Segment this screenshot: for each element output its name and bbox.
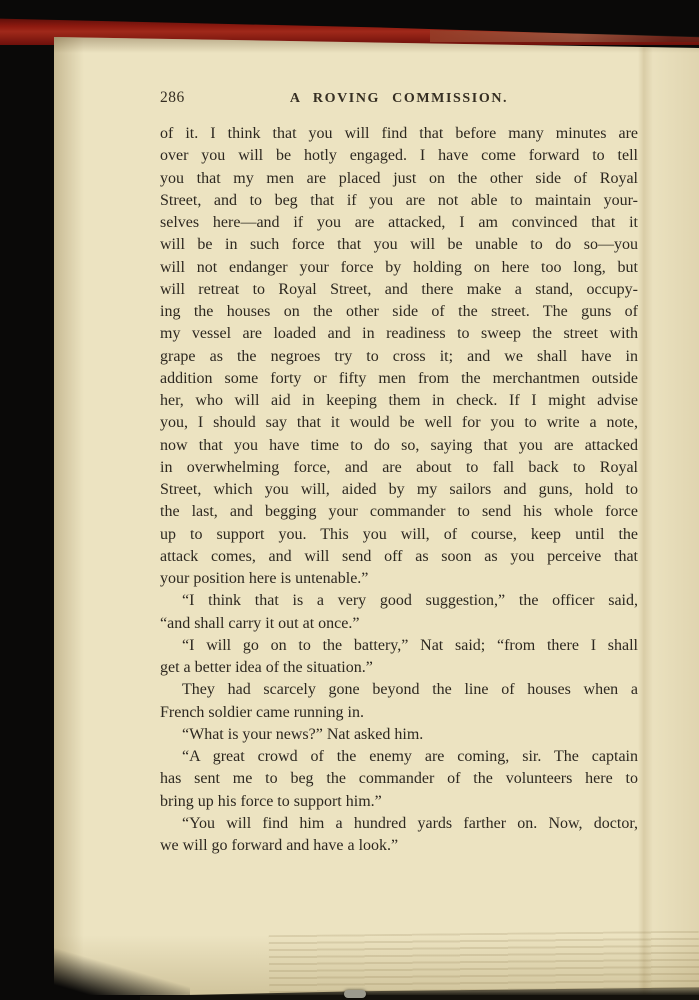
text-line: her, who will aid in keeping them in che… [160,390,638,412]
text-line: will not endanger your force by holding … [160,257,638,279]
bottom-page-edges [269,931,699,993]
page-body: of it. I think that you will find that b… [160,123,638,857]
page-number: 286 [160,89,232,107]
text-line: “I think that is a very good suggestion,… [160,590,638,612]
text-line: you that my men are placed just on the o… [160,168,638,190]
text-line: of it. I think that you will find that b… [160,123,638,145]
text-line: ing the houses on the other side of the … [160,301,638,323]
page-fore-edge [0,38,58,995]
paragraph: “You will find him a hundred yards farth… [160,813,638,858]
paragraph: “I will go on to the battery,” Nat said;… [160,635,638,680]
paragraph: “I think that is a very good suggestion,… [160,590,638,635]
text-line: grape as the negroes try to cross it; an… [160,346,638,368]
text-line: “I will go on to the battery,” Nat said;… [160,635,638,657]
text-line: selves here—and if you are attacked, I a… [160,212,638,234]
text-line: “A great crowd of the enemy are coming, … [160,746,638,768]
paragraph: of it. I think that you will find that b… [160,123,638,590]
text-line: will retreat to Royal Street, and there … [160,279,638,301]
text-line: get a better idea of the situation.” [160,657,638,679]
running-title: A ROVING COMMISSION. [232,91,566,107]
text-line: bring up his force to support him.” [160,791,638,813]
book-page: 286 A ROVING COMMISSION. of it. I think … [54,37,699,995]
paragraph: They had scarcely gone beyond the line o… [160,679,638,724]
text-line: your position here is untenable.” [160,568,638,590]
text-line: “What is your news?” Nat asked him. [160,724,638,746]
text-block: 286 A ROVING COMMISSION. of it. I think … [160,89,638,857]
page-header: 286 A ROVING COMMISSION. [160,89,638,107]
text-line: now that you have time to do so, saying … [160,435,638,457]
book-cover-edge-fade [430,30,699,42]
text-line: They had scarcely gone beyond the line o… [160,679,638,701]
paragraph: “A great crowd of the enemy are coming, … [160,746,638,813]
text-line: addition some forty or fifty men from th… [160,368,638,390]
text-line: Street, which you will, aided by my sail… [160,479,638,501]
text-line: “and shall carry it out at once.” [160,613,638,635]
paragraph: “What is your news?” Nat asked him. [160,724,638,746]
text-line: French soldier came running in. [160,702,638,724]
text-line: Street, and to beg that if you are not a… [160,190,638,212]
text-line: “You will find him a hundred yards farth… [160,813,638,835]
text-line: has sent me to beg the commander of the … [160,768,638,790]
text-line: attack comes, and will send off as soon … [160,546,638,568]
text-line: we will go forward and have a look.” [160,835,638,857]
text-line: the last, and begging your commander to … [160,501,638,523]
bottom-left-shadow [0,945,190,1000]
book-scan: 286 A ROVING COMMISSION. of it. I think … [0,0,699,1000]
text-line: will be in such force that you will be u… [160,234,638,256]
text-line: in overwhelming force, and are about to … [160,457,638,479]
text-line: you, I should say that it would be well … [160,412,638,434]
table-glint [344,990,366,998]
text-line: over you will be hotly engaged. I have c… [160,145,638,167]
text-line: up to support you. This you will, of cou… [160,524,638,546]
text-line: my vessel are loaded and in readiness to… [160,323,638,345]
